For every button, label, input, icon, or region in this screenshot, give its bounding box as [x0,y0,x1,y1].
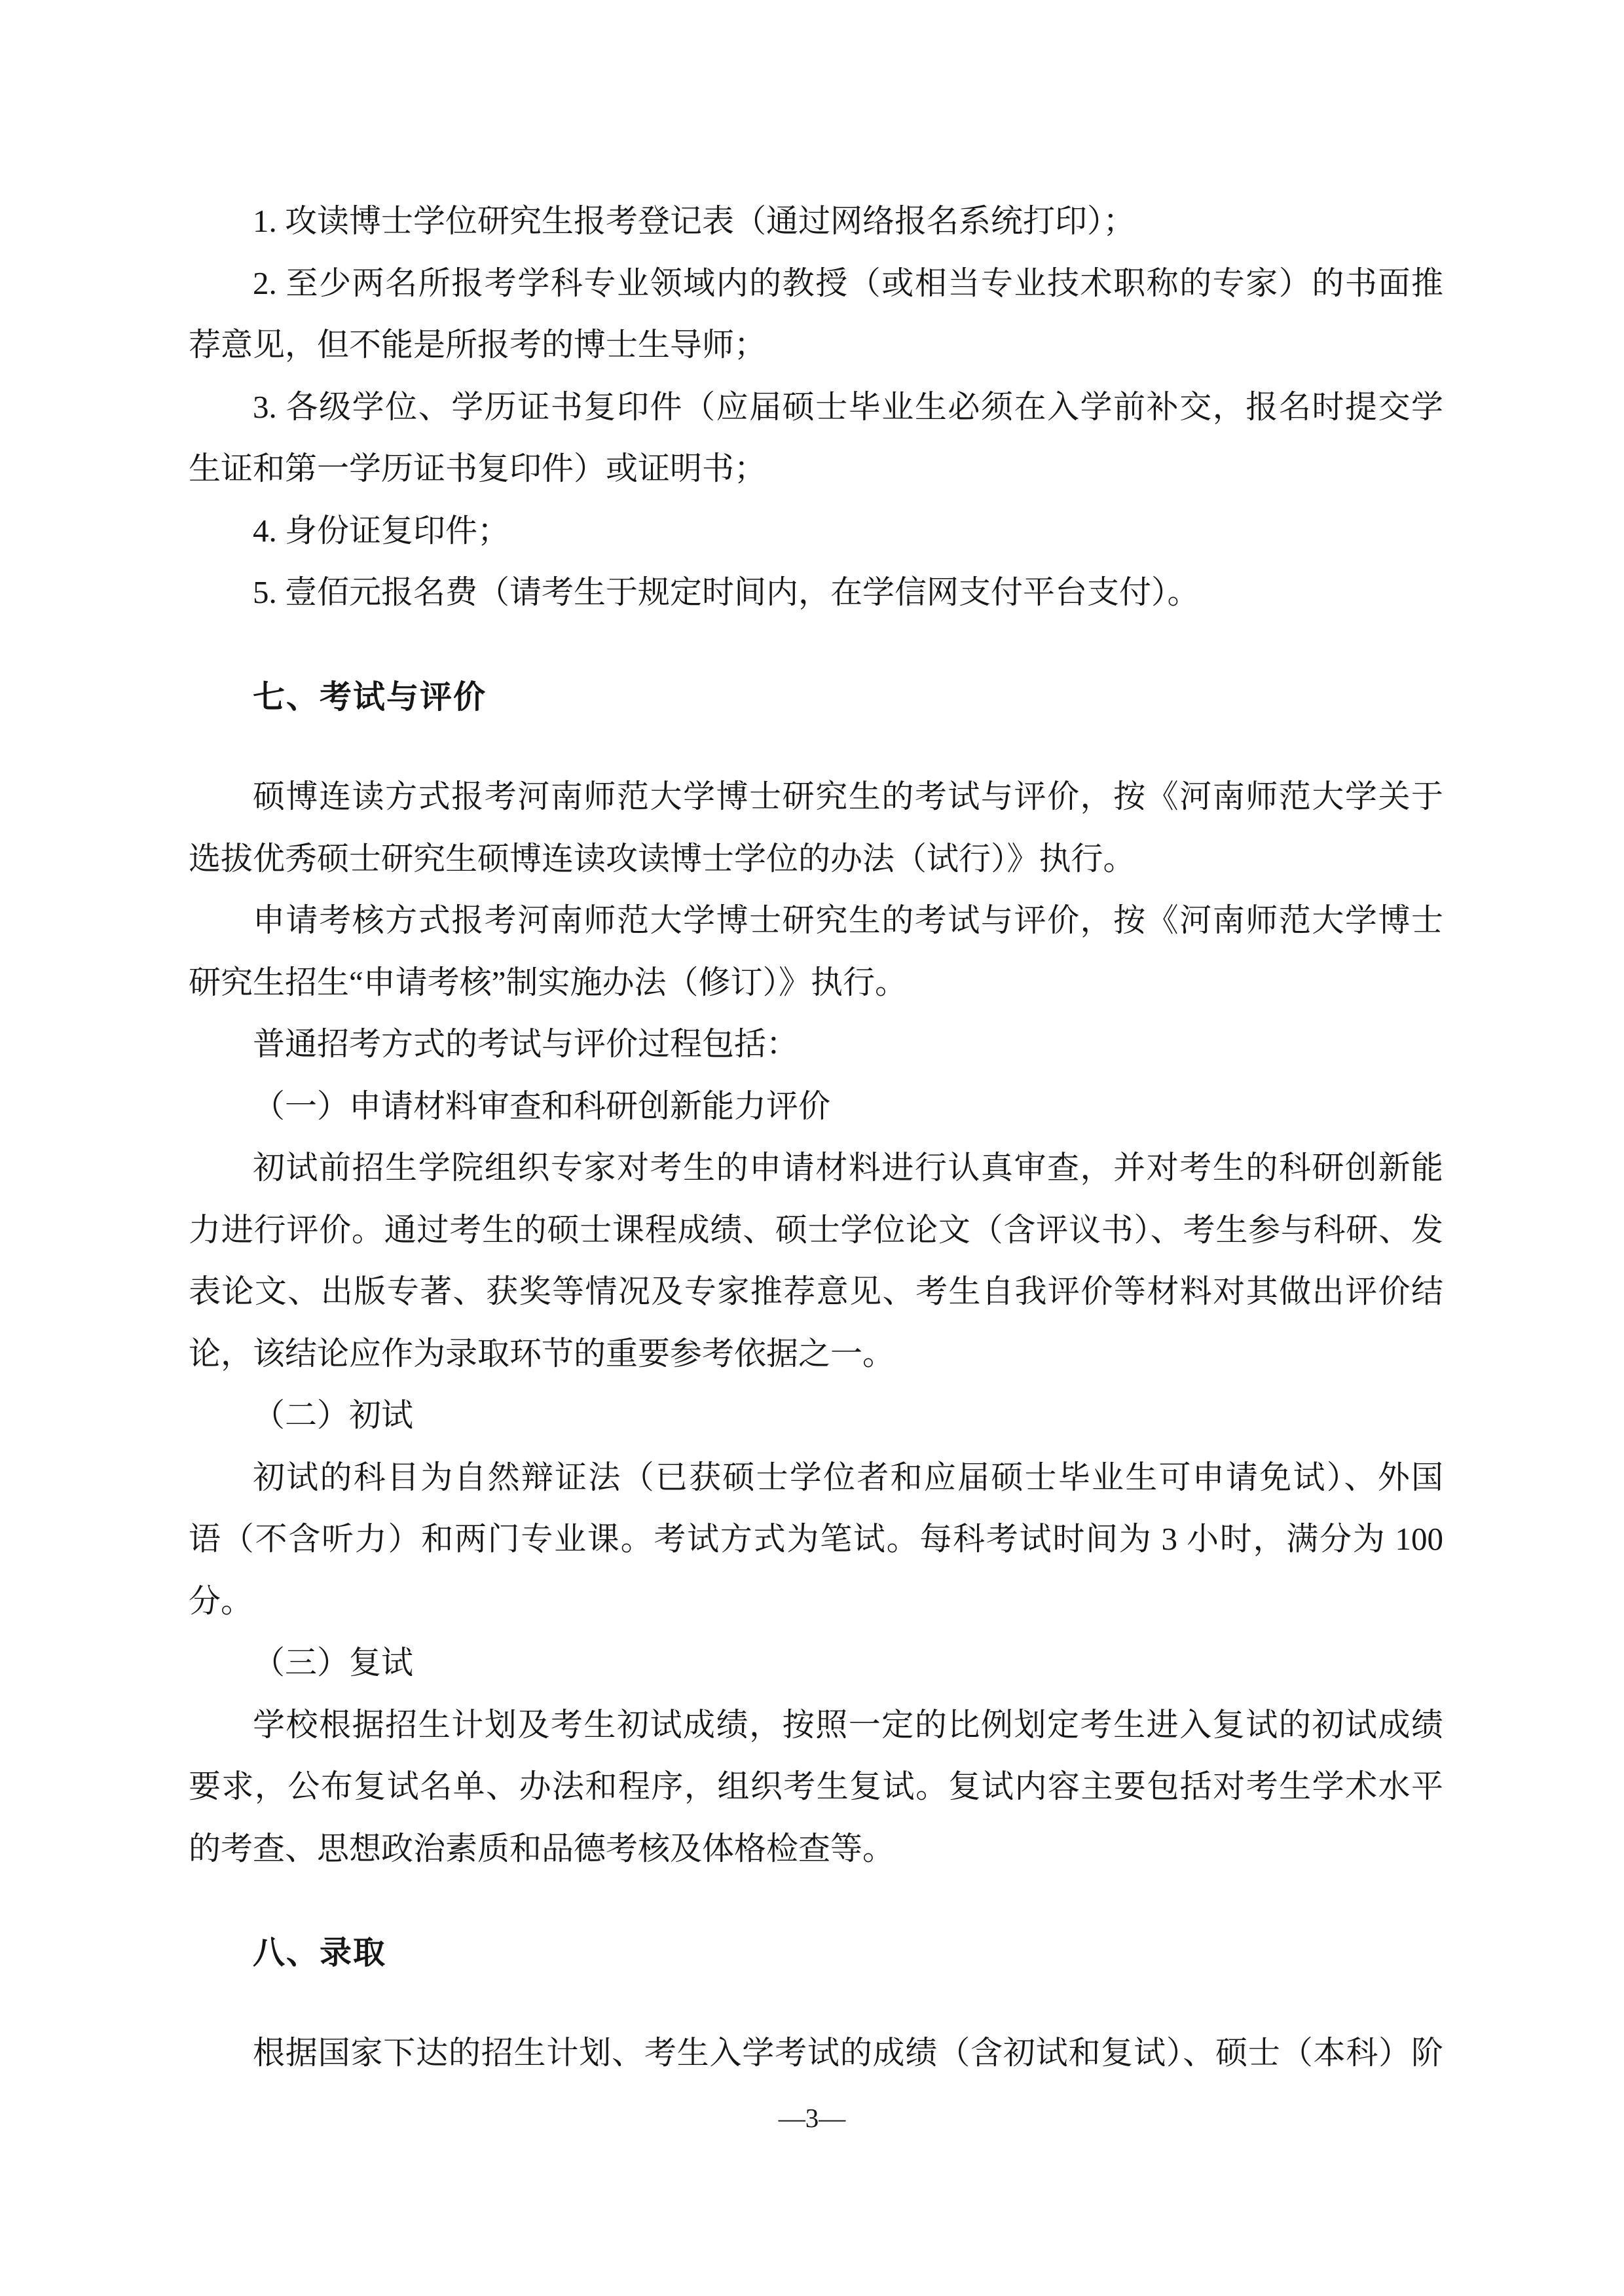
text-line: （二）初试 [189,1385,1443,1447]
text-line: 表论文、出版专著、获奖等情况及专家推荐意见、考生自我评价等材料对其做出评价结 [189,1261,1443,1323]
text-line: 硕博连读方式报考河南师范大学博士研究生的考试与评价，按《河南师范大学关于 [189,766,1443,828]
text-line: 研究生招生“申请考核”制实施办法（修订）》执行。 [189,952,1443,1014]
text-line: 普通招考方式的考试与评价过程包括： [189,1013,1443,1076]
text-line: 论，该结论应作为录取环节的重要参考依据之一。 [189,1323,1443,1385]
page-number: —3— [0,2103,1624,2133]
text-line: 学校根据招生计划及考生初试成绩，按照一定的比例划定考生进入复试的初试成绩 [189,1694,1443,1757]
text-line: 的考查、思想政治素质和品德考核及体格检查等。 [189,1818,1443,1880]
text-line: 5. 壹佰元报名费（请考生于规定时间内，在学信网支付平台支付）。 [189,562,1443,624]
text-line: 根据国家下达的招生计划、考生入学考试的成绩（含初试和复试）、硕士（本科）阶 [189,2022,1443,2085]
text-line: 选拔优秀硕士研究生硕博连读攻读博士学位的办法（试行）》执行。 [189,828,1443,890]
text-line: 4. 身份证复印件； [189,500,1443,562]
text-line: 荐意见，但不能是所报考的博士生导师； [189,314,1443,376]
section-heading: 八、录取 [189,1922,1443,1984]
text-line: 3. 各级学位、学历证书复印件（应届硕士毕业生必须在入学前补交，报名时提交学 [189,376,1443,439]
text-line: 力进行评价。通过考生的硕士课程成绩、硕士学位论文（含评议书）、考生参与科研、发 [189,1199,1443,1262]
text-line: 初试的科目为自然辩证法（已获硕士学位者和应届硕士毕业生可申请免试）、外国 [189,1447,1443,1509]
text-line: （一）申请材料审查和科研创新能力评价 [189,1076,1443,1138]
text-line: 要求，公布复试名单、办法和程序，组织考生复试。复试内容主要包括对考生学术水平 [189,1756,1443,1818]
text-line: 语（不含听力）和两门专业课。考试方式为笔试。每科考试时间为 3 小时，满分为 1… [189,1508,1443,1571]
section-heading: 七、考试与评价 [189,666,1443,729]
text-line: 1. 攻读博士学位研究生报考登记表（通过网络报名系统打印）； [189,191,1443,253]
document-content: 1. 攻读博士学位研究生报考登记表（通过网络报名系统打印）；2. 至少两名所报考… [189,191,1443,2084]
text-line: 申请考核方式报考河南师范大学博士研究生的考试与评价，按《河南师范大学博士 [189,890,1443,952]
text-line: （三）复试 [189,1632,1443,1694]
text-line: 初试前招生学院组织专家对考生的申请材料进行认真审查，并对考生的科研创新能 [189,1137,1443,1199]
text-line: 分。 [189,1571,1443,1633]
document-page: 1. 攻读博士学位研究生报考登记表（通过网络报名系统打印）；2. 至少两名所报考… [0,0,1624,2296]
text-line: 生证和第一学历证书复印件）或证明书； [189,438,1443,500]
text-line: 2. 至少两名所报考学科专业领域内的教授（或相当专业技术职称的专家）的书面推 [189,253,1443,315]
